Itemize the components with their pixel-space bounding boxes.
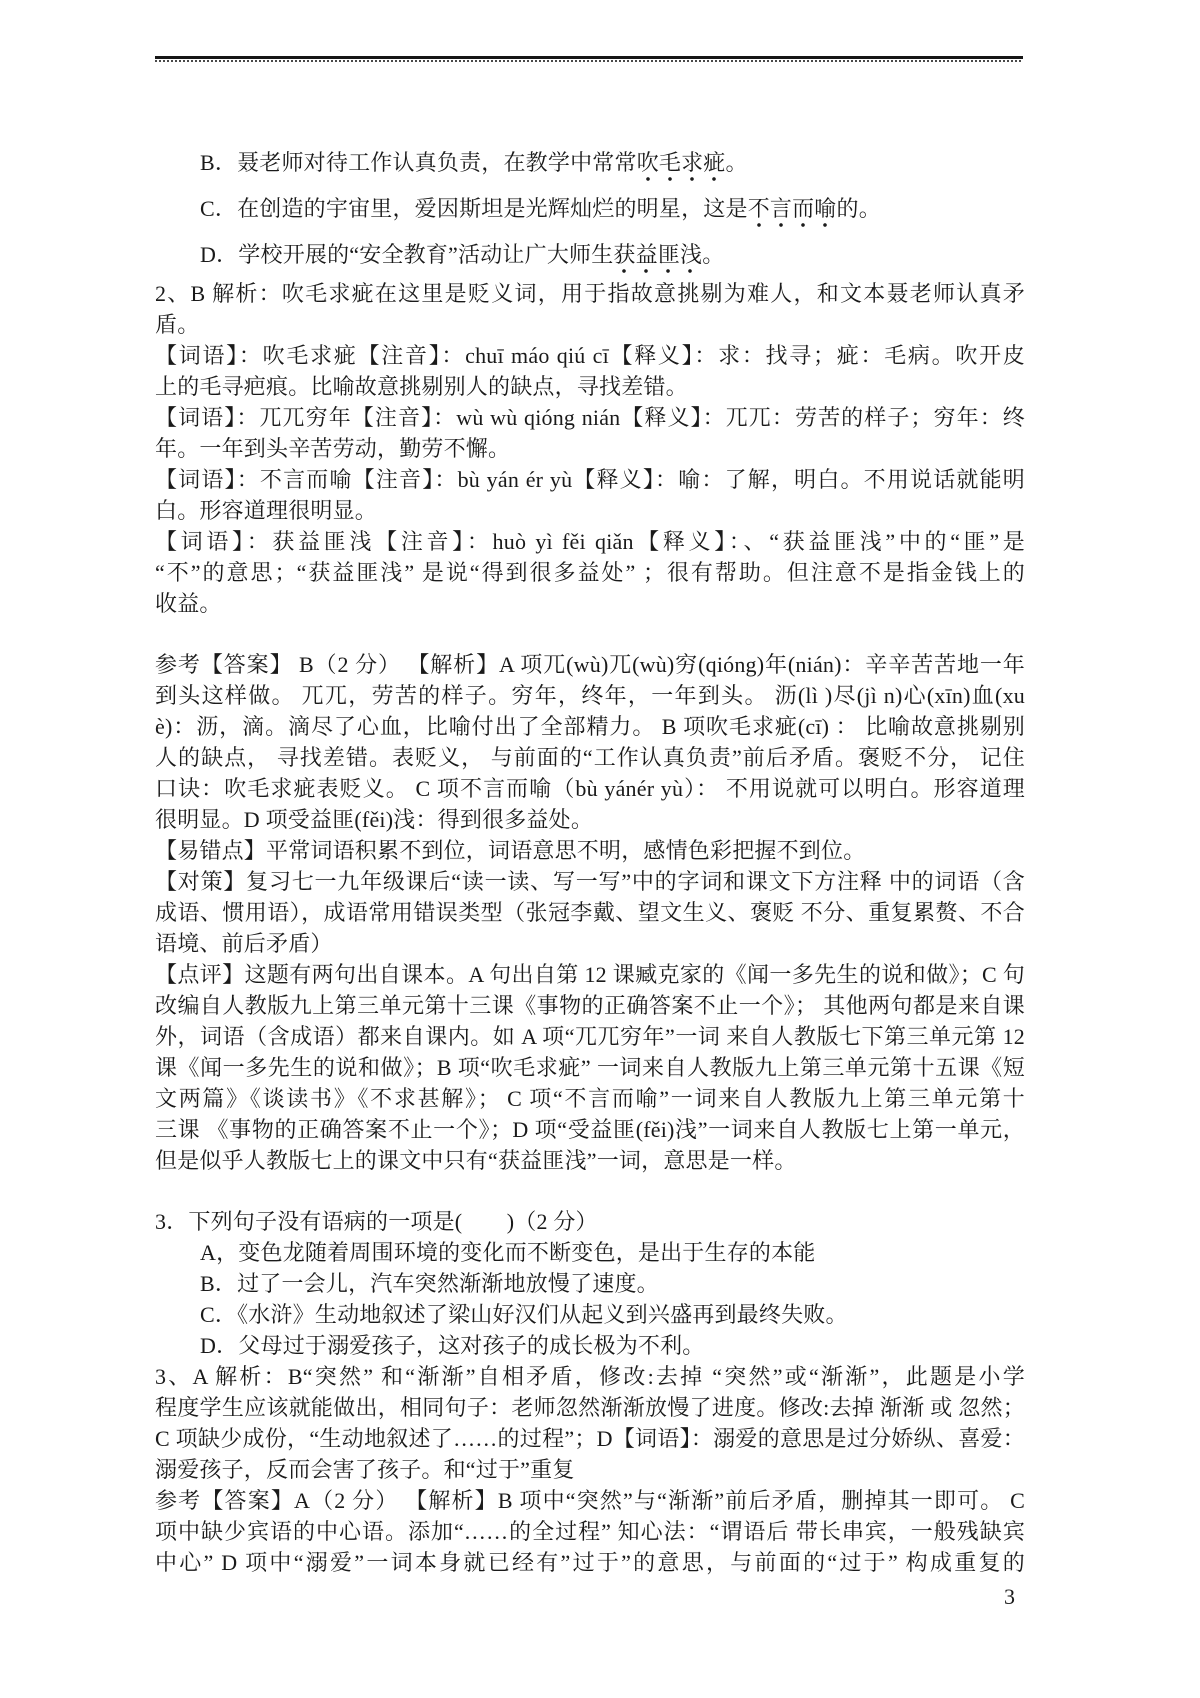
- text-run: 。: [726, 150, 748, 175]
- document-body: B．聂老师对待工作认真负责，在教学中常常吹毛求疵。C．在创造的宇宙里，爱因斯坦是…: [155, 140, 1025, 1578]
- text-line: D．父母过于溺爱孩子，这对孩子的成长极为不利。: [200, 1330, 1025, 1361]
- text-line: 【词语】：吹毛求疵【注音】：chuī máo qiú cī【释义】：求：找寻；疵…: [155, 340, 1025, 371]
- text-line: 3．下列句子没有语病的一项是( )（2 分）: [155, 1206, 1025, 1237]
- text-line: 改编自人教版九上第三单元第十三课《事物的正确答案不止一个》； 其他两句都是来自课: [155, 990, 1025, 1021]
- text-line: 人的缺点， 寻找差错。表贬义， 与前面的“工作认真负责”前后矛盾。褒贬不分， 记…: [155, 742, 1025, 773]
- text-run: 课《闻一多先生的说和做》；B 项“吹毛求疵” 一词来自人教版九上第三单元第十五课…: [155, 1055, 1025, 1080]
- page-number: 3: [1004, 1584, 1015, 1610]
- strategy: 【对策】复习七一九年级课后“读一读、写一写”中的字词和课文下方注释 中的词语（含…: [155, 866, 1025, 959]
- text-run: D．父母过于溺爱孩子，这对孩子的成长极为不利。: [200, 1333, 705, 1358]
- question-2-options: B．聂老师对待工作认真负责，在教学中常常吹毛求疵。C．在创造的宇宙里，爱因斯坦是…: [155, 140, 1025, 278]
- emphasis-dots-text: 获益匪浅: [613, 242, 702, 274]
- text-run: D．学校开展的“安全教育”活动让广大师生: [200, 242, 613, 267]
- question-3-stem: 3．下列句子没有语病的一项是( )（2 分）: [155, 1206, 1025, 1237]
- question-3-options: A，变色龙随着周围环境的变化而不断变色，是出于生存的本能B．过了一会儿，汽车突然…: [155, 1237, 1025, 1361]
- text-line: 【词语】：兀兀穷年【注音】：wù wù qióng nián【释义】：兀兀：劳苦…: [155, 402, 1025, 433]
- text-line: B．聂老师对待工作认真负责，在教学中常常吹毛求疵。: [200, 140, 1025, 186]
- text-line: C．《水浒》生动地叙述了梁山好汉们从起义到兴盛再到最终失败。: [200, 1299, 1025, 1330]
- text-run: 程度学生应该就能做出，相同句子：老师忽然渐渐放慢了进度。修改:去掉 渐渐 或 忽…: [155, 1395, 1025, 1420]
- text-run: 口诀：吹毛求疵表贬义。 C 项不言而喻（bù yánér yù）： 不用说就可以…: [155, 776, 1025, 801]
- header-rule-dotted-line: [155, 60, 1023, 62]
- text-run: 【对策】复习七一九年级课后“读一读、写一写”中的字词和课文下方注释 中的词语（含: [155, 869, 1025, 894]
- text-line: 2、B 解析：吹毛求疵在这里是贬义词，用于指故意挑剔为难人，和文本聂老师认真矛盾…: [155, 278, 1025, 340]
- text-line: 【易错点】平常词语积累不到位，词语意思不明，感情色彩把握不到位。: [155, 835, 1025, 866]
- text-run: C 项缺少成份，“生动地叙述了……的过程”；D【词语】：溺爱的意思是过分娇纵、喜…: [155, 1426, 1025, 1451]
- text-run: 参考【答案】A（2 分） 【解析】B 项中“突然”与“渐渐”前后矛盾，删掉其一即…: [155, 1488, 1025, 1513]
- header-rule: [155, 56, 1023, 62]
- commentary: 【点评】这题有两句出自课本。A 句出自第 12 课臧克家的《闻一多先生的说和做》…: [155, 959, 1025, 1176]
- text-run: 3．下列句子没有语病的一项是( )（2 分）: [155, 1209, 598, 1234]
- text-line: 参考【答案】A（2 分） 【解析】B 项中“突然”与“渐渐”前后矛盾，删掉其一即…: [155, 1485, 1025, 1516]
- text-run: 【点评】这题有两句出自课本。A 句出自第 12 课臧克家的《闻一多先生的说和做》…: [155, 962, 1025, 987]
- text-run: “不”的意思；“获益匪浅” 是说“得到很多益处” ；很有帮助。但注意不是指金钱上…: [155, 560, 1025, 585]
- text-line: 收益。: [155, 588, 1025, 619]
- text-line: 【对策】复习七一九年级课后“读一读、写一写”中的字词和课文下方注释 中的词语（含: [155, 866, 1025, 897]
- text-run: 3、A 解析：B“突然” 和“渐渐”自相矛盾，修改:去掉 “突然”或“渐渐”，此…: [155, 1364, 1025, 1389]
- text-run: C．《水浒》生动地叙述了梁山好汉们从起义到兴盛再到最终失败。: [200, 1302, 848, 1327]
- question-3-analysis: 3、A 解析：B“突然” 和“渐渐”自相矛盾，修改:去掉 “突然”或“渐渐”，此…: [155, 1361, 1025, 1485]
- text-run: 很明显。D 项受益匪(fěi)浅：得到很多益处。: [155, 807, 593, 832]
- text-line: 口诀：吹毛求疵表贬义。 C 项不言而喻（bù yánér yù）： 不用说就可以…: [155, 773, 1025, 804]
- text-run: 改编自人教版九上第三单元第十三课《事物的正确答案不止一个》； 其他两句都是来自课: [155, 993, 1025, 1018]
- text-line: 中心” D 项中“溺爱”一词本身就已经有”过于”的意思，与前面的“过于” 构成重…: [155, 1547, 1025, 1578]
- text-line: 外，词语（含成语）都来自课内。如 A 项“兀兀穷年”一词 来自人教版七下第三单元…: [155, 1021, 1025, 1052]
- emphasis-dots-text: 吹毛求疵: [637, 150, 726, 182]
- text-line: 语境、前后矛盾）: [155, 928, 1025, 959]
- text-run: 中心” D 项中“溺爱”一词本身就已经有”过于”的意思，与前面的“过于” 构成重…: [155, 1550, 1025, 1575]
- text-line: A，变色龙随着周围环境的变化而不断变色，是出于生存的本能: [200, 1237, 1025, 1268]
- text-run: B．过了一会儿，汽车突然渐渐地放慢了速度。: [200, 1271, 659, 1296]
- text-line: 年。一年到头辛苦劳动，勤劳不懈。: [155, 433, 1025, 464]
- text-line: 三课 《事物的正确答案不止一个》；D 项“受益匪(fěi)浅”一词来自人教版七上…: [155, 1114, 1025, 1145]
- text-run: B．聂老师对待工作认真负责，在教学中常常: [200, 150, 637, 175]
- text-run: 到头这样做。 兀兀，劳苦的样子。穷年，终年，一年到头。 沥(lì )尽(jì n…: [155, 683, 1025, 708]
- text-run: 成语、惯用语），成语常用错误类型（张冠李戴、望文生义、褒贬 不分、重复累赘、不合: [155, 900, 1025, 925]
- text-run: 三课 《事物的正确答案不止一个》；D 项“受益匪(fěi)浅”一词来自人教版七上…: [155, 1117, 1025, 1142]
- question-2-reference-answer: 参考【答案】 B（2 分） 【解析】A 项兀(wù)兀(wù)穷(qióng)年…: [155, 649, 1025, 835]
- text-run: 溺爱孩子，反而会害了孩子。和“过于”重复: [155, 1457, 575, 1482]
- text-line: D．学校开展的“安全教育”活动让广大师生获益匪浅。: [200, 232, 1025, 278]
- text-line: 程度学生应该就能做出，相同句子：老师忽然渐渐放慢了进度。修改:去掉 渐渐 或 忽…: [155, 1392, 1025, 1423]
- text-line: 项中缺少宾语的中心语。添加“……的全过程” 知心法：“谓语后 带长串宾，一般残缺…: [155, 1516, 1025, 1547]
- text-run: 人的缺点， 寻找差错。表贬义， 与前面的“工作认真负责”前后矛盾。褒贬不分， 记…: [155, 745, 1025, 770]
- text-line: 到头这样做。 兀兀，劳苦的样子。穷年，终年，一年到头。 沥(lì )尽(jì n…: [155, 680, 1025, 711]
- text-line: B．过了一会儿，汽车突然渐渐地放慢了速度。: [200, 1268, 1025, 1299]
- word-entry-wuwuqiongnian: 【词语】：兀兀穷年【注音】：wù wù qióng nián【释义】：兀兀：劳苦…: [155, 402, 1025, 464]
- text-line: 溺爱孩子，反而会害了孩子。和“过于”重复: [155, 1454, 1025, 1485]
- text-run: 白。形容道理很明显。: [155, 498, 377, 523]
- text-line: 【点评】这题有两句出自课本。A 句出自第 12 课臧克家的《闻一多先生的说和做》…: [155, 959, 1025, 990]
- text-line: “不”的意思；“获益匪浅” 是说“得到很多益处” ；很有帮助。但注意不是指金钱上…: [155, 557, 1025, 588]
- spacer: [155, 1176, 1025, 1206]
- text-line: 上的毛寻疤痕。比喻故意挑剔别人的缺点，寻找差错。: [155, 371, 1025, 402]
- text-run: 【易错点】平常词语积累不到位，词语意思不明，感情色彩把握不到位。: [155, 838, 865, 863]
- text-line: 3、A 解析：B“突然” 和“渐渐”自相矛盾，修改:去掉 “突然”或“渐渐”，此…: [155, 1361, 1025, 1392]
- word-entry-buyaneryu: 【词语】：不言而喻【注音】：bù yán ér yù【释义】：喻：了解，明白。不…: [155, 464, 1025, 526]
- emphasis-dots-text: 不言而喻: [748, 196, 837, 228]
- text-run: 收益。: [155, 591, 222, 616]
- text-run: 但是似乎人教版七上的课文中只有“获益匪浅”一词，意思是一样。: [155, 1148, 797, 1173]
- text-line: 但是似乎人教版七上的课文中只有“获益匪浅”一词，意思是一样。: [155, 1145, 1025, 1176]
- question-2-analysis-intro: 2、B 解析：吹毛求疵在这里是贬义词，用于指故意挑剔为难人，和文本聂老师认真矛盾…: [155, 278, 1025, 340]
- text-run: 【词语】：兀兀穷年【注音】：wù wù qióng nián【释义】：兀兀：劳苦…: [155, 405, 1025, 430]
- text-run: 的。: [837, 196, 881, 221]
- text-run: 语境、前后矛盾）: [155, 931, 333, 956]
- text-line: 【词语】：不言而喻【注音】：bù yán ér yù【释义】：喻：了解，明白。不…: [155, 464, 1025, 495]
- text-line: è)：沥，滴。滴尽了心血，比喻付出了全部精力。 B 项吹毛求疵(cī) ： 比喻…: [155, 711, 1025, 742]
- document-page: B．聂老师对待工作认真负责，在教学中常常吹毛求疵。C．在创造的宇宙里，爱因斯坦是…: [0, 0, 1200, 1698]
- text-run: 文两篇》《谈读书》《不求甚解》； C 项“不言而喻”一词来自人教版九上第三单元第…: [155, 1086, 1025, 1111]
- text-run: 。: [702, 242, 724, 267]
- text-line: 课《闻一多先生的说和做》；B 项“吹毛求疵” 一词来自人教版九上第三单元第十五课…: [155, 1052, 1025, 1083]
- text-line: 参考【答案】 B（2 分） 【解析】A 项兀(wù)兀(wù)穷(qióng)年…: [155, 649, 1025, 680]
- header-rule-solid-line: [155, 56, 1023, 59]
- text-run: 项中缺少宾语的中心语。添加“……的全过程” 知心法：“谓语后 带长串宾，一般残缺…: [155, 1519, 1025, 1544]
- text-run: C．在创造的宇宙里，爱因斯坦是光辉灿烂的明星，这是: [200, 196, 748, 221]
- text-run: 【词语】：不言而喻【注音】：bù yán ér yù【释义】：喻：了解，明白。不…: [155, 467, 1025, 492]
- text-run: 外，词语（含成语）都来自课内。如 A 项“兀兀穷年”一词 来自人教版七下第三单元…: [155, 1024, 1025, 1049]
- word-entry-huoyifeiqian: 【词语】：获益匪浅【注音】：huò yì fěi qiǎn【释义】：、“获益匪浅…: [155, 526, 1025, 619]
- text-run: 上的毛寻疤痕。比喻故意挑剔别人的缺点，寻找差错。: [155, 374, 688, 399]
- text-line: 【词语】：获益匪浅【注音】：huò yì fěi qiǎn【释义】：、“获益匪浅…: [155, 526, 1025, 557]
- text-line: 成语、惯用语），成语常用错误类型（张冠李戴、望文生义、褒贬 不分、重复累赘、不合: [155, 897, 1025, 928]
- text-run: 【词语】：吹毛求疵【注音】：chuī máo qiú cī【释义】：求：找寻；疵…: [155, 343, 1025, 368]
- question-3-reference-answer: 参考【答案】A（2 分） 【解析】B 项中“突然”与“渐渐”前后矛盾，删掉其一即…: [155, 1485, 1025, 1578]
- text-run: è)：沥，滴。滴尽了心血，比喻付出了全部精力。 B 项吹毛求疵(cī) ： 比喻…: [155, 714, 1025, 739]
- text-run: 2、B 解析：吹毛求疵在这里是贬义词，用于指故意挑剔为难人，和文本聂老师认真矛盾…: [155, 281, 1025, 337]
- error-prone-points: 【易错点】平常词语积累不到位，词语意思不明，感情色彩把握不到位。: [155, 835, 1025, 866]
- text-line: 文两篇》《谈读书》《不求甚解》； C 项“不言而喻”一词来自人教版九上第三单元第…: [155, 1083, 1025, 1114]
- word-entry-chuimaoqiuci: 【词语】：吹毛求疵【注音】：chuī máo qiú cī【释义】：求：找寻；疵…: [155, 340, 1025, 402]
- text-run: 参考【答案】 B（2 分） 【解析】A 项兀(wù)兀(wù)穷(qióng)年…: [155, 652, 1025, 677]
- spacer: [155, 619, 1025, 649]
- text-run: A，变色龙随着周围环境的变化而不断变色，是出于生存的本能: [200, 1240, 816, 1265]
- text-line: C．在创造的宇宙里，爱因斯坦是光辉灿烂的明星，这是不言而喻的。: [200, 186, 1025, 232]
- text-run: 年。一年到头辛苦劳动，勤劳不懈。: [155, 436, 510, 461]
- text-line: C 项缺少成份，“生动地叙述了……的过程”；D【词语】：溺爱的意思是过分娇纵、喜…: [155, 1423, 1025, 1454]
- text-run: 【词语】：获益匪浅【注音】：huò yì fěi qiǎn【释义】：、“获益匪浅…: [155, 529, 1025, 554]
- text-line: 白。形容道理很明显。: [155, 495, 1025, 526]
- text-line: 很明显。D 项受益匪(fěi)浅：得到很多益处。: [155, 804, 1025, 835]
